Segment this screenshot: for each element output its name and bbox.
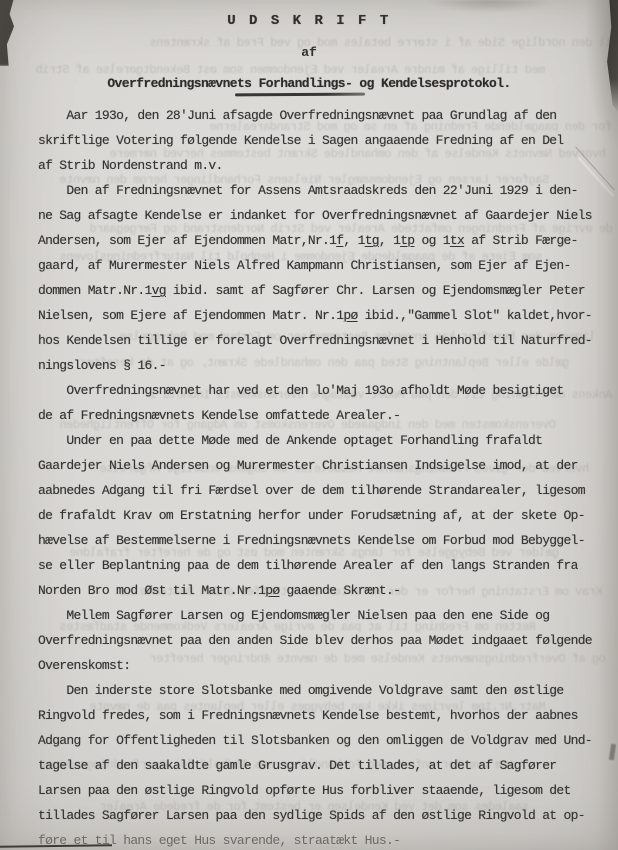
text-line: Ringvold fredes, som i Fredningsnævnets … [38,703,613,728]
text-line: de af Fredningsnævnets Kendelse omfatted… [38,403,613,428]
protocol-title: Overfredningsnævnets Forhandlings- og Ke… [0,76,618,91]
text-line: aabnedes Adgang til fri Færdsel over de … [38,478,613,503]
text-line: Nielsen, som Ejere af Ejendommen Matr. N… [38,303,613,328]
scanned-document-page: om til den nordlige Side af i større bet… [0,0,618,850]
text-line: tillades Sagfører Larsen paa den sydlige… [38,803,613,828]
text-line: hævelse af Bestemmelserne i Fredningsnæv… [38,528,613,553]
text-line: Adgang for Offentligheden til Slotsbanke… [38,728,613,753]
text-line: Den inderste store Slotsbanke med omgive… [38,678,613,703]
document-lines: Aar 193o, den 28'Juni afsagde Overfredni… [38,103,613,850]
text-line: ne Sag afsagte Kendelse er indanket for … [38,203,613,228]
text-line: Aar 193o, den 28'Juni afsagde Overfredni… [38,103,613,128]
text-line: Overenskomst: [38,653,613,678]
text-line: Norden Bro mod Øst til Matr.Nr.1pø gaaen… [38,578,613,603]
text-line: gaard, af Murermester Niels Alfred Kampm… [38,253,613,278]
text-line: se eller Beplantning paa de dem tilhøren… [38,553,613,578]
text-line: føre et til hans eget Hus svarende, stra… [38,828,613,850]
text-line: skriftlige Votering følgende Kendelse i … [38,128,613,153]
text-line: de frafaldt Krav om Erstatning herfor un… [38,503,613,528]
text-line: Den af Fredningsnævnet for Assens Amtsra… [38,178,613,203]
text-line: Mellem Sagfører Larsen og Ejendomsmægler… [38,603,613,628]
text-line: dommen Matr.Nr.1vg ibid. samt af Sagføre… [38,278,613,303]
document-subtitle: af [0,45,618,60]
text-line: Andersen, som Ejer af Ejendommen Matr,Nr… [38,228,613,253]
text-line: Larsen paa den østlige Ringvold opførte … [38,778,613,803]
text-line: tagelse af den saakaldte gamle Grusgrav.… [38,753,613,778]
document-title: U D S K R I F T [0,13,618,29]
text-line: af Strib Nordenstrand m.v. [38,153,613,178]
text-line: Under en paa dette Møde med de Ankende o… [38,428,613,453]
bleedthrough-line: med tillige af mindre Arealer ved Ejendo… [36,63,545,77]
text-line: hos Kendelsen tillige er forelagt Overfr… [38,328,613,353]
text-line: Overfredningsnævnet har ved et den lo'Ma… [38,378,613,403]
text-line: ningslovens § 16.- [38,353,613,378]
title-underline [235,93,365,97]
scan-shade-right-edge [594,0,618,850]
text-line: Overfredningsnævnet paa den anden Side b… [38,628,613,653]
scan-smudge-top [430,0,550,12]
text-line: Gaardejer Niels Andersen og Murermester … [38,453,613,478]
